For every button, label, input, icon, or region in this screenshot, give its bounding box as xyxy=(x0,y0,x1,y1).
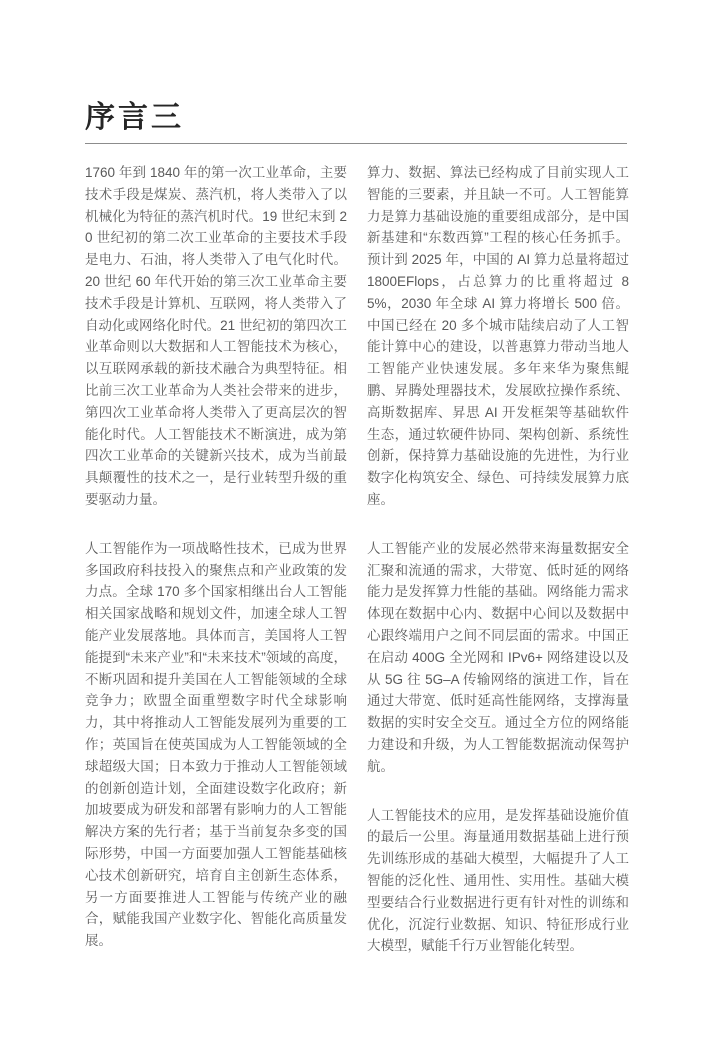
left-column: 1760 年到 1840 年的第一次工业革命，主要技术手段是煤炭、蒸汽机，将人类… xyxy=(85,162,347,984)
paragraph-national-strategies: 人工智能作为一项战略性技术，已成为世界多国政府科技投入的聚焦点和产业政策的发力点… xyxy=(85,538,347,952)
paragraph-computing-power: 算力、数据、算法已经构成了目前实现人工智能的三要素，并且缺一不可。人工智能算力是… xyxy=(367,162,629,511)
page-title: 序言三 xyxy=(85,100,184,136)
document-page: 序言三 1760 年到 1840 年的第一次工业革命，主要技术手段是煤炭、蒸汽机… xyxy=(0,0,710,1037)
text-columns: 1760 年到 1840 年的第一次工业革命，主要技术手段是煤炭、蒸汽机，将人类… xyxy=(85,162,629,984)
paragraph-network-capability: 人工智能产业的发展必然带来海量数据安全汇聚和流通的需求，大带宽、低时延的网络能力… xyxy=(367,538,629,778)
title-divider xyxy=(85,143,627,144)
paragraph-ai-application: 人工智能技术的应用，是发挥基础设施价值的最后一公里。海量通用数据基础上进行预先训… xyxy=(367,805,629,958)
paragraph-industrial-revolutions: 1760 年到 1840 年的第一次工业革命，主要技术手段是煤炭、蒸汽机，将人类… xyxy=(85,162,347,511)
right-column: 算力、数据、算法已经构成了目前实现人工智能的三要素，并且缺一不可。人工智能算力是… xyxy=(367,162,629,984)
